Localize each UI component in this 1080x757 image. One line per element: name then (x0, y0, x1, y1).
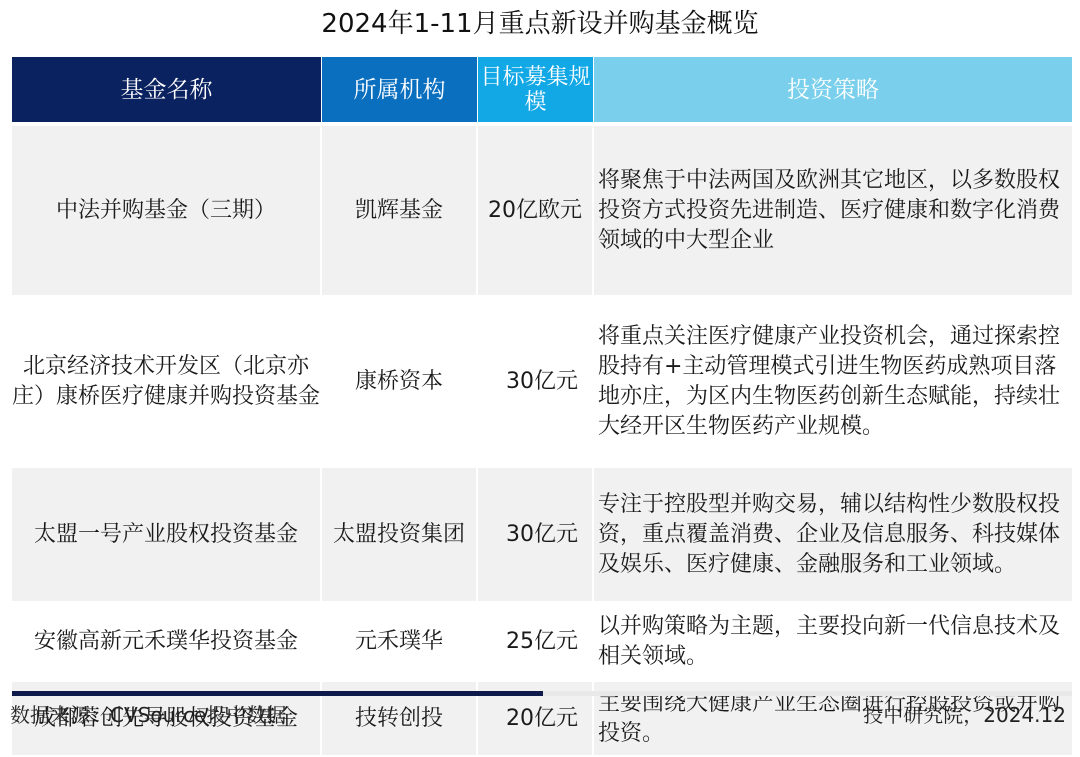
institution-cell: 技转创投 (322, 678, 478, 755)
funds-table: 基金名称 所属机构 目标募集规模 投资策略 中法并购基金（三期） 凯辉基金 20… (12, 57, 1072, 755)
institution-cell: 太盟投资集团 (322, 464, 478, 601)
strategy-cell: 将重点关注医疗健康产业投资机会，通过探索控股持有+主动管理模式引进生物医药成熟项… (594, 295, 1072, 464)
target-size-cell: 25亿元 (478, 601, 594, 678)
header-institution: 所属机构 (322, 57, 478, 122)
header-fund-name: 基金名称 (12, 57, 322, 122)
table-row: 北京经济技术开发区（北京亦庄）康桥医疗健康并购投资基金 康桥资本 30亿元 将重… (12, 295, 1072, 464)
institution-cell: 康桥资本 (322, 295, 478, 464)
strategy-cell: 以并购策略为主题，主要投向新一代信息技术及相关领域。 (594, 601, 1072, 678)
target-size-cell: 20亿欧元 (478, 122, 594, 295)
page-title: 2024年1-11月重点新设并购基金概览 (0, 4, 1080, 44)
footer-accent-bar (12, 691, 543, 696)
fund-name-cell: 安徽高新元禾璞华投资基金 (12, 601, 322, 678)
strategy-cell: 专注于控股型并购交易，辅以结构性少数股权投资，重点覆盖消费、企业及信息服务、科技… (594, 464, 1072, 601)
header-target-size: 目标募集规模 (478, 57, 594, 122)
table-row: 中法并购基金（三期） 凯辉基金 20亿欧元 将聚焦于中法两国及欧洲其它地区，以多… (12, 122, 1072, 295)
fund-name-cell: 中法并购基金（三期） (12, 122, 322, 295)
table-row: 太盟一号产业股权投资基金 太盟投资集团 30亿元 专注于控股型并购交易，辅以结构… (12, 464, 1072, 601)
fund-name-cell: 北京经济技术开发区（北京亦庄）康桥医疗健康并购投资基金 (12, 295, 322, 464)
institution-cell: 凯辉基金 (322, 122, 478, 295)
institution-cell: 元禾璞华 (322, 601, 478, 678)
publisher-credit: 投中研究院，2024.12 (863, 699, 1066, 731)
header-strategy: 投资策略 (594, 57, 1072, 122)
table-row: 安徽高新元禾璞华投资基金 元禾璞华 25亿元 以并购策略为主题，主要投向新一代信… (12, 601, 1072, 678)
target-size-cell: 30亿元 (478, 295, 594, 464)
target-size-cell: 30亿元 (478, 464, 594, 601)
data-source-note: 数据来源：CVSource投中数据 (10, 699, 286, 731)
fund-name-cell: 太盟一号产业股权投资基金 (12, 464, 322, 601)
target-size-cell: 20亿元 (478, 678, 594, 755)
table-header-row: 基金名称 所属机构 目标募集规模 投资策略 (12, 57, 1072, 122)
strategy-cell: 将聚焦于中法两国及欧洲其它地区，以多数股权投资方式投资先进制造、医疗健康和数字化… (594, 122, 1072, 295)
footer-divider-bar (543, 691, 1072, 696)
